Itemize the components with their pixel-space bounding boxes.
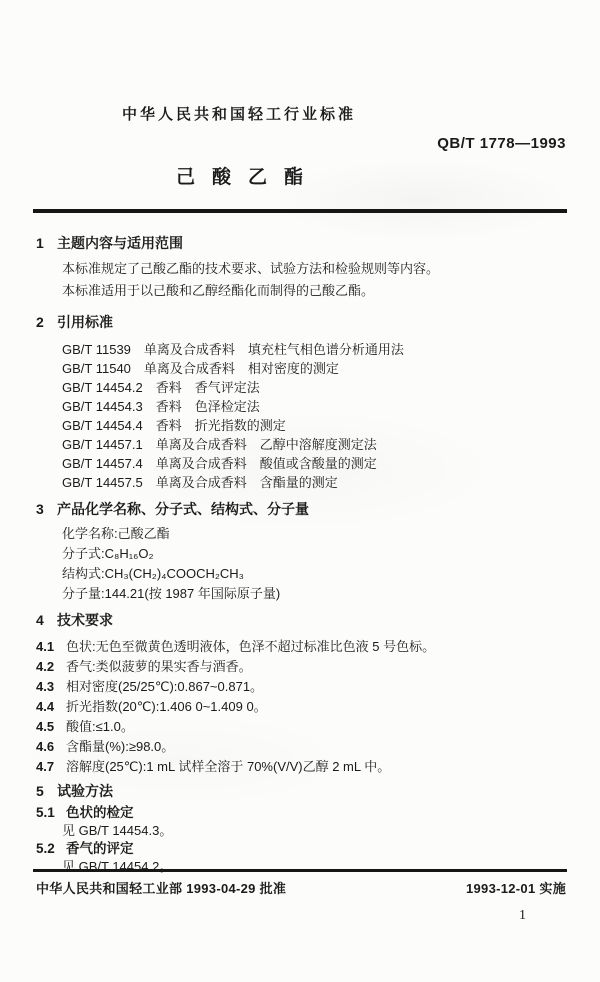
section-number: 2 — [36, 314, 57, 331]
section-scope: 1主题内容与适用范围 本标准规定了己酸乙酯的技术要求、试验方法和检验规则等内容。… — [36, 235, 566, 302]
footer-divider — [33, 869, 567, 872]
item-text: 相对密度(25/25℃):0.867~0.871。 — [66, 679, 263, 694]
section-number: 1 — [36, 235, 57, 252]
requirement-list: 4.1色状:无色至微黄色透明液体，色泽不超过标准比色液 5 号色标。 4.2香气… — [36, 637, 566, 777]
reference-item: GB/T 11540 单离及合成香料 相对密度的测定 — [62, 359, 566, 378]
item-text: 折光指数(20℃):1.406 0~1.409 0。 — [66, 699, 267, 714]
subsection-heading-text: 香气的评定 — [66, 841, 134, 856]
item-number: 4.1 — [36, 637, 66, 657]
item-text: 溶解度(25℃):1 mL 试样全溶于 70%(V/V)乙醇 2 mL 中。 — [66, 759, 390, 774]
item-text: 酸值:≤1.0。 — [66, 719, 134, 734]
item-number: 4.2 — [36, 657, 66, 677]
section-heading: 2引用标准 — [36, 314, 566, 331]
subsection-body: 见 GB/T 14454.2。 — [62, 858, 566, 876]
footer: 中华人民共和国轻工业部 1993-04-29 批准 1993-12-01 实施 — [36, 878, 566, 897]
header-divider — [33, 209, 567, 213]
molecular-weight-line: 分子量:144.21(按 1987 年国际原子量) — [62, 584, 566, 604]
subsection-number: 5.2 — [36, 840, 66, 858]
item-number: 4.5 — [36, 717, 66, 737]
reference-list: GB/T 11539 单离及合成香料 填充柱气相色谱分析通用法 GB/T 115… — [36, 340, 566, 492]
section-number: 5 — [36, 783, 57, 800]
test-method-list: 5.1色状的检定 见 GB/T 14454.3。 5.2香气的评定 见 GB/T… — [36, 804, 566, 876]
section-heading: 1主题内容与适用范围 — [36, 235, 566, 252]
item-number: 4.6 — [36, 737, 66, 757]
requirement-item: 4.3相对密度(25/25℃):0.867~0.871。 — [36, 677, 566, 697]
reference-item: GB/T 14457.4 单离及合成香料 酸值或含酸量的测定 — [62, 454, 566, 473]
section-heading: 5试验方法 — [36, 783, 566, 800]
item-number: 4.3 — [36, 677, 66, 697]
standard-code: QB/T 1778—1993 — [36, 135, 566, 153]
reference-item: GB/T 11539 单离及合成香料 填充柱气相色谱分析通用法 — [62, 340, 566, 359]
standard-document-page: 中华人民共和国轻工行业标准 QB/T 1778—1993 己酸乙酯 1主题内容与… — [0, 0, 600, 982]
scope-paragraphs: 本标准规定了己酸乙酯的技术要求、试验方法和检验规则等内容。 本标准适用于以己酸和… — [36, 258, 566, 302]
item-text: 含酯量(%):≥98.0。 — [66, 739, 174, 754]
subsection-body: 见 GB/T 14454.3。 — [62, 822, 566, 840]
requirement-item: 4.6含酯量(%):≥98.0。 — [36, 737, 566, 757]
subsection-number: 5.1 — [36, 804, 66, 822]
page-number: 1 — [519, 908, 526, 924]
section-heading-text: 技术要求 — [57, 612, 113, 628]
section-heading-text: 主题内容与适用范围 — [57, 235, 183, 251]
structural-formula-line: 结构式:CH₃(CH₂)₄COOCH₂CH₃ — [62, 564, 566, 584]
chemistry-lines: 化学名称:己酸乙酯 分子式:C₈H₁₆O₂ 结构式:CH₃(CH₂)₄COOCH… — [36, 524, 566, 604]
chemical-name-line: 化学名称:己酸乙酯 — [62, 524, 566, 544]
standard-type-label: 中华人民共和国轻工行业标准 — [122, 106, 566, 124]
subsection-heading: 5.2香气的评定 — [36, 840, 566, 858]
subsection-heading-text: 色状的检定 — [66, 805, 134, 820]
section-references: 2引用标准 GB/T 11539 单离及合成香料 填充柱气相色谱分析通用法 GB… — [36, 314, 566, 492]
section-number: 4 — [36, 612, 57, 629]
item-number: 4.4 — [36, 697, 66, 717]
section-heading-text: 产品化学名称、分子式、结构式、分子量 — [57, 501, 309, 517]
item-text: 香气:类似菠萝的果实香与酒香。 — [66, 659, 252, 674]
section-requirements: 4技术要求 4.1色状:无色至微黄色透明液体，色泽不超过标准比色液 5 号色标。… — [36, 612, 566, 777]
section-heading: 3产品化学名称、分子式、结构式、分子量 — [36, 501, 566, 518]
section-number: 3 — [36, 501, 57, 518]
section-heading-text: 试验方法 — [57, 783, 113, 799]
section-heading: 4技术要求 — [36, 612, 566, 629]
subsection-heading: 5.1色状的检定 — [36, 804, 566, 822]
scope-paragraph: 本标准适用于以己酸和乙醇经酯化而制得的己酸乙酯。 — [62, 280, 566, 302]
molecular-formula-line: 分子式:C₈H₁₆O₂ — [62, 544, 566, 564]
requirement-item: 4.2香气:类似菠萝的果实香与酒香。 — [36, 657, 566, 677]
reference-item: GB/T 14454.3 香料 色泽检定法 — [62, 397, 566, 416]
document-title: 己酸乙酯 — [176, 166, 566, 189]
requirement-item: 4.1色状:无色至微黄色透明液体，色泽不超过标准比色液 5 号色标。 — [36, 637, 566, 657]
requirement-item: 4.7溶解度(25℃):1 mL 试样全溶于 70%(V/V)乙醇 2 mL 中… — [36, 757, 566, 777]
item-text: 色状:无色至微黄色透明液体，色泽不超过标准比色液 5 号色标。 — [66, 639, 435, 654]
reference-item: GB/T 14454.4 香料 折光指数的测定 — [62, 416, 566, 435]
section-test-methods: 5试验方法 5.1色状的检定 见 GB/T 14454.3。 5.2香气的评定 … — [36, 783, 566, 876]
item-number: 4.7 — [36, 757, 66, 777]
requirement-item: 4.5酸值:≤1.0。 — [36, 717, 566, 737]
approval-text: 中华人民共和国轻工业部 1993-04-29 批准 — [36, 878, 286, 897]
implementation-text: 1993-12-01 实施 — [466, 878, 566, 897]
section-chemistry: 3产品化学名称、分子式、结构式、分子量 化学名称:己酸乙酯 分子式:C₈H₁₆O… — [36, 501, 566, 604]
reference-item: GB/T 14457.1 单离及合成香料 乙醇中溶解度测定法 — [62, 435, 566, 454]
requirement-item: 4.4折光指数(20℃):1.406 0~1.409 0。 — [36, 697, 566, 717]
reference-item: GB/T 14457.5 单离及合成香料 含酯量的测定 — [62, 473, 566, 492]
section-heading-text: 引用标准 — [57, 314, 113, 330]
reference-item: GB/T 14454.2 香料 香气评定法 — [62, 378, 566, 397]
scope-paragraph: 本标准规定了己酸乙酯的技术要求、试验方法和检验规则等内容。 — [62, 258, 566, 280]
